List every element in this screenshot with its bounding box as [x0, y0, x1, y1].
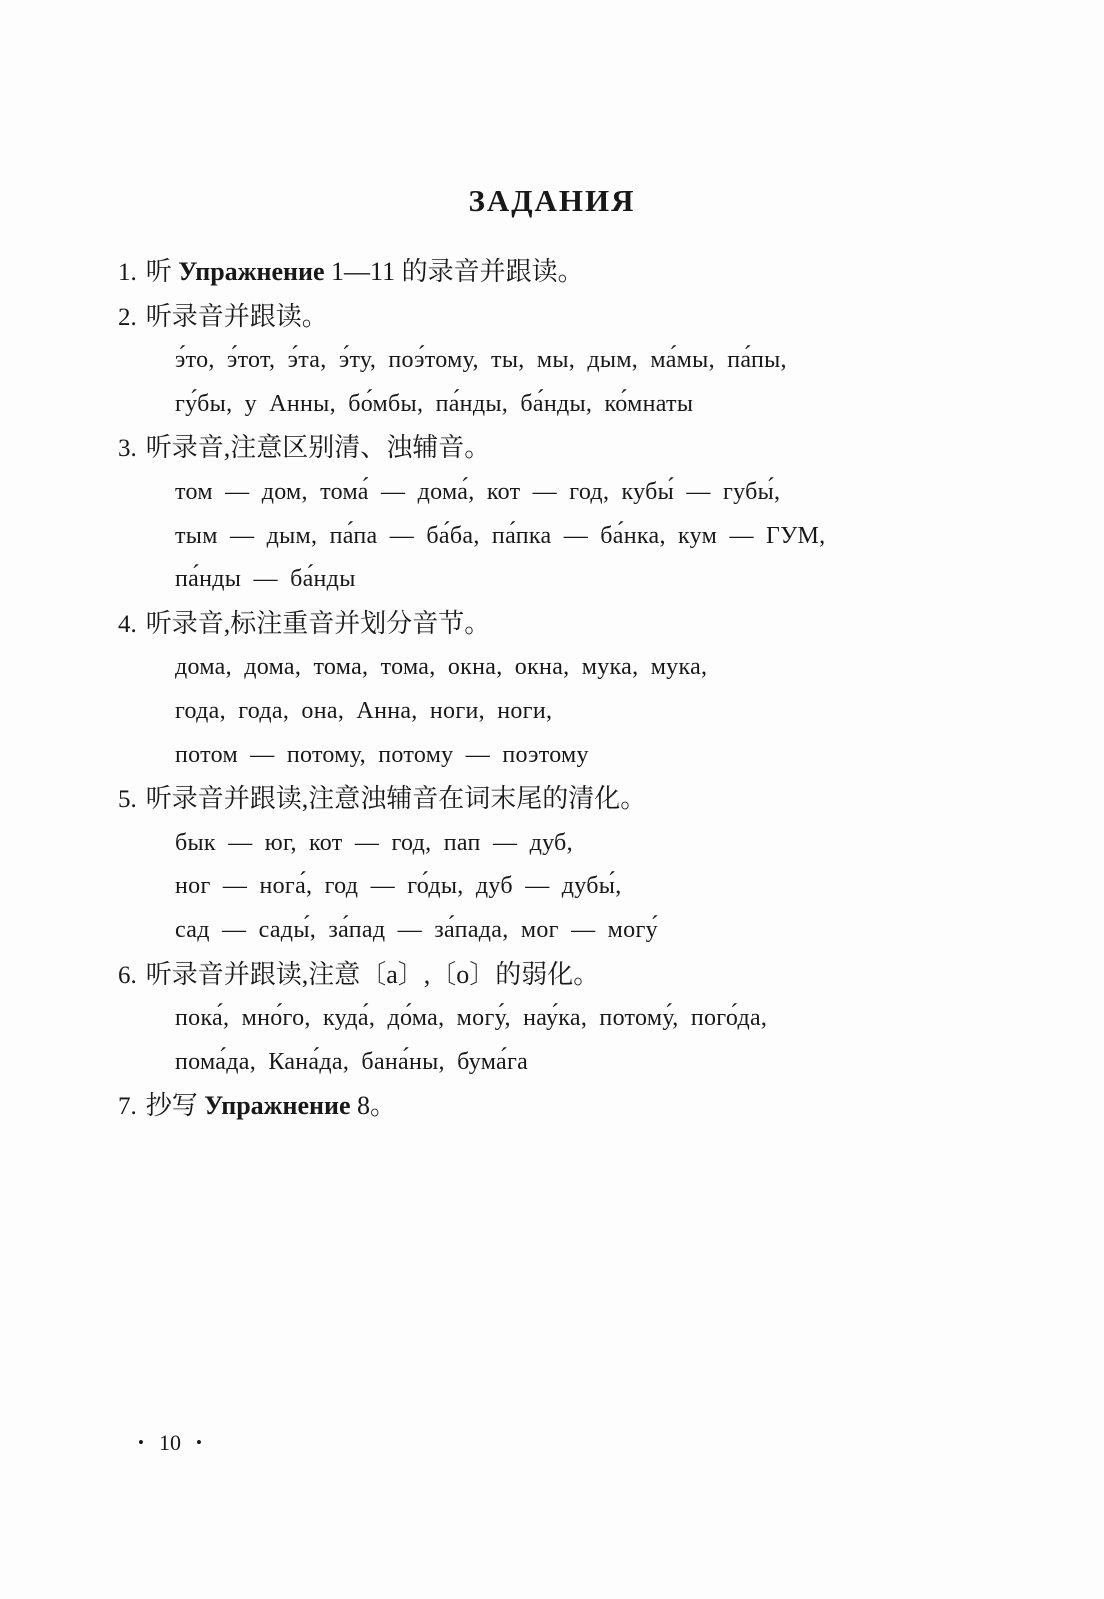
item-heading-text: 1—11 的录音并跟读。 [325, 257, 584, 286]
item-heading-text: 抄写 [146, 1091, 205, 1120]
item-heading-text: 听录音,注意区别清、浊辅音。 [146, 433, 491, 462]
word-line: дома, дома, тома, тома, окна, окна, мука… [118, 646, 994, 690]
item-heading-bold: Упражнение [204, 1091, 350, 1120]
item-number: 6. [118, 954, 137, 998]
item-heading-text: 听 [146, 257, 179, 286]
item-number: 3. [118, 427, 137, 471]
task-list: 1.听 Упражнение 1—11 的录音并跟读。 2.听录音并跟读。 э́… [118, 250, 994, 1129]
item-number: 4. [118, 603, 137, 647]
word-line: года, года, она, Анна, ноги, ноги, [118, 690, 994, 734]
word-line: э́то, э́тот, э́та, э́ту, поэ́тому, ты, м… [118, 339, 994, 383]
page-footer: • 10 • [138, 1430, 202, 1456]
word-line: ног — нога́, год — го́ды, дуб — дубы́, [118, 865, 994, 909]
word-line: па́нды — ба́нды [118, 558, 994, 602]
word-line: тым — дым, па́па — ба́ба, па́пка — ба́нк… [118, 515, 994, 559]
item-heading-text: 听录音,标注重音并划分音节。 [146, 609, 491, 638]
task-item-3-heading: 3.听录音,注意区别清、浊辅音。 [118, 426, 994, 471]
page-title: ЗАДАНИЯ [0, 0, 1104, 220]
page-number: 10 [159, 1430, 181, 1456]
item-number: 7. [118, 1085, 137, 1129]
item-heading-text: 8。 [351, 1091, 397, 1120]
word-line: бык — юг, кот — год, пап — дуб, [118, 822, 994, 866]
word-line: сад — сады́, за́пад — за́пада, мог — мог… [118, 909, 994, 953]
footer-bullet-right: • [196, 1432, 202, 1454]
item-heading-text: 听录音并跟读,注意〔a〕,〔o〕的弱化。 [146, 960, 600, 989]
item-heading-text: 听录音并跟读。 [146, 302, 328, 331]
document-page: ЗАДАНИЯ 1.听 Упражнение 1—11 的录音并跟读。 2.听录… [0, 0, 1104, 1599]
task-item-5-heading: 5.听录音并跟读,注意浊辅音在词末尾的清化。 [118, 777, 994, 822]
task-item-7-heading: 7.抄写 Упражнение 8。 [118, 1084, 994, 1129]
footer-bullet-left: • [138, 1432, 144, 1454]
word-line: гу́бы, у Анны, бо́мбы, па́нды, ба́нды, к… [118, 383, 994, 427]
item-number: 5. [118, 778, 137, 822]
item-number: 2. [118, 296, 137, 340]
word-line: том — дом, тома́ — дома́, кот — год, куб… [118, 471, 994, 515]
word-line: пока́, мно́го, куда́, до́ма, могу́, нау́… [118, 997, 994, 1041]
task-item-2-heading: 2.听录音并跟读。 [118, 295, 994, 340]
word-line: потом — потому, потому — поэтому [118, 734, 994, 778]
item-number: 1. [118, 251, 137, 295]
task-item-4-heading: 4.听录音,标注重音并划分音节。 [118, 602, 994, 647]
item-heading-bold: Упражнение [178, 257, 324, 286]
item-heading-text: 听录音并跟读,注意浊辅音在词末尾的清化。 [146, 784, 647, 813]
task-item-6-heading: 6.听录音并跟读,注意〔a〕,〔o〕的弱化。 [118, 953, 994, 998]
task-item-1-heading: 1.听 Упражнение 1—11 的录音并跟读。 [118, 250, 994, 295]
word-line: пома́да, Кана́да, бана́ны, бума́га [118, 1041, 994, 1085]
